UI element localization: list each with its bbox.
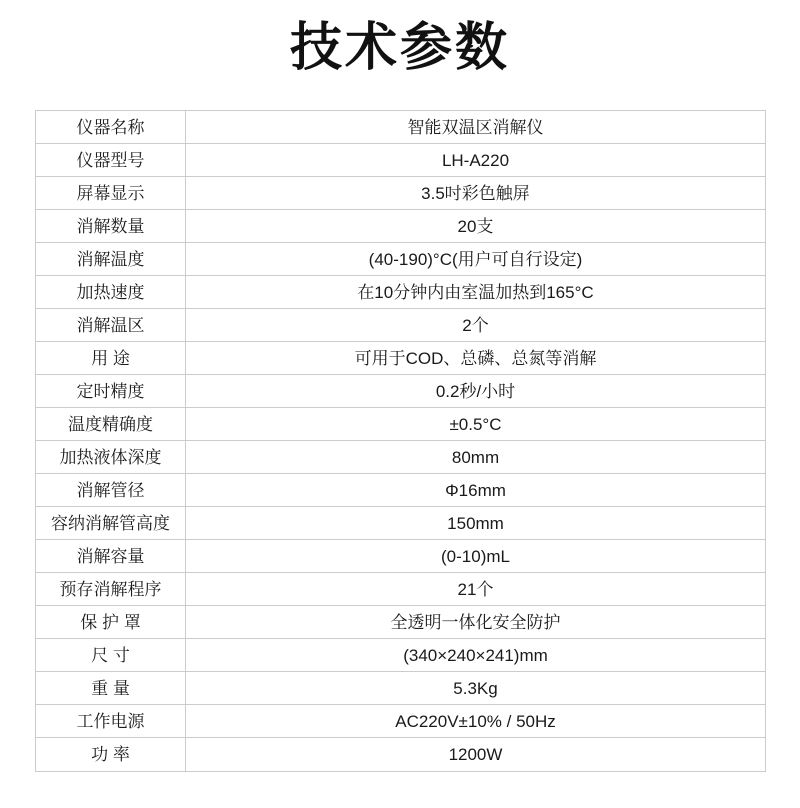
spec-label-preset-programs: 预存消解程序: [36, 573, 186, 606]
spec-label-model: 仪器型号: [36, 144, 186, 177]
spec-label-digestion-volume: 消解容量: [36, 540, 186, 573]
spec-value-digestion-quantity: 20支: [186, 210, 765, 243]
spec-label-temperature-accuracy: 温度精确度: [36, 408, 186, 441]
spec-value-model: LH-A220: [186, 144, 765, 177]
spec-label-digestion-temperature: 消解温度: [36, 243, 186, 276]
spec-value-heating-speed: 在10分钟内由室温加热到165°C: [186, 276, 765, 309]
spec-value-protective-cover: 全透明一体化安全防护: [186, 606, 765, 639]
spec-table: 仪器名称 智能双温区消解仪 仪器型号 LH-A220 屏幕显示 3.5吋彩色触屏…: [35, 110, 766, 772]
spec-value-temperature-accuracy: ±0.5°C: [186, 408, 765, 441]
spec-label-heating-liquid-depth: 加热液体深度: [36, 441, 186, 474]
spec-value-screen-display: 3.5吋彩色触屏: [186, 177, 765, 210]
spec-value-digestion-volume: (0-10)mL: [186, 540, 765, 573]
spec-value-weight: 5.3Kg: [186, 672, 765, 705]
spec-label-tube-height-capacity: 容纳消解管高度: [36, 507, 186, 540]
spec-value-usage: 可用于COD、总磷、总氮等消解: [186, 342, 765, 375]
spec-label-temperature-zones: 消解温区: [36, 309, 186, 342]
spec-value-preset-programs: 21个: [186, 573, 765, 606]
spec-label-power: 功 率: [36, 738, 186, 771]
page-title: 技术参数: [0, 20, 800, 77]
spec-value-tube-diameter: Φ16mm: [186, 474, 765, 507]
spec-value-digestion-temperature: (40-190)°C(用户可自行设定): [186, 243, 765, 276]
spec-label-screen-display: 屏幕显示: [36, 177, 186, 210]
spec-label-digestion-quantity: 消解数量: [36, 210, 186, 243]
spec-value-instrument-name: 智能双温区消解仪: [186, 111, 765, 144]
spec-label-protective-cover: 保 护 罩: [36, 606, 186, 639]
spec-label-usage: 用 途: [36, 342, 186, 375]
spec-label-instrument-name: 仪器名称: [36, 111, 186, 144]
spec-label-tube-diameter: 消解管径: [36, 474, 186, 507]
spec-value-heating-liquid-depth: 80mm: [186, 441, 765, 474]
spec-label-power-supply: 工作电源: [36, 705, 186, 738]
spec-value-temperature-zones: 2个: [186, 309, 765, 342]
spec-label-dimensions: 尺 寸: [36, 639, 186, 672]
spec-label-weight: 重 量: [36, 672, 186, 705]
spec-label-timing-precision: 定时精度: [36, 375, 186, 408]
spec-value-timing-precision: 0.2秒/小时: [186, 375, 765, 408]
spec-value-power: 1200W: [186, 738, 765, 771]
spec-value-tube-height-capacity: 150mm: [186, 507, 765, 540]
spec-value-dimensions: (340×240×241)mm: [186, 639, 765, 672]
spec-label-heating-speed: 加热速度: [36, 276, 186, 309]
spec-value-power-supply: AC220V±10% / 50Hz: [186, 705, 765, 738]
